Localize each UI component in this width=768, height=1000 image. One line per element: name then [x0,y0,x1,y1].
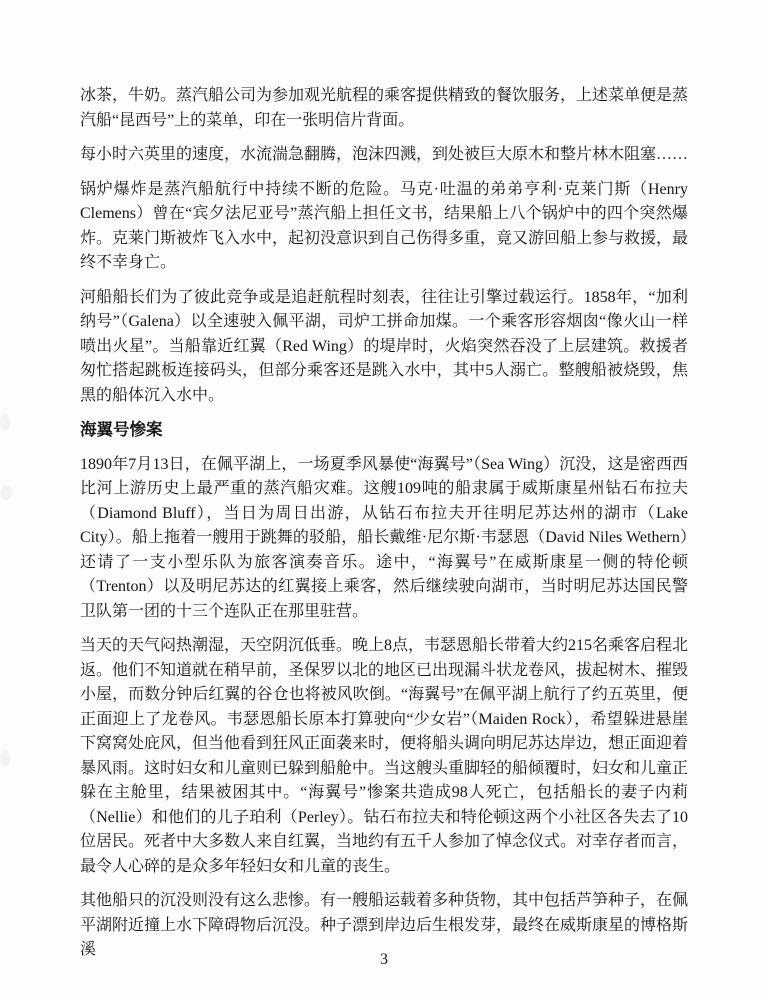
paragraph-galena-fire: 河船船长们为了彼此竞争或是追赶航程时刻表，往往让引擎过载运行。1858年，“加利… [80,286,688,409]
page-body: 冰茶，牛奶。蒸汽船公司为参加观光航程的乘客提供精致的餐饮服务，上述菜单便是蒸汽船… [80,84,688,973]
scan-smudge [0,486,12,500]
paragraph-sea-wing-storm: 当天的天气闷热潮湿，天空阴沉低垂。晚上8点，韦瑟恩船长带着大约215名乘客启程北… [80,634,688,879]
section-heading-sea-wing-disaster: 海翼号惨案 [80,418,688,443]
scan-smudge [0,750,10,766]
paragraph-boiler-explosions: 锅炉爆炸是蒸汽船航行中持续不断的危险。马克·吐温的弟弟亨利·克莱门斯（Henry… [80,178,688,276]
paragraph-sea-wing-voyage: 1890年7月13日，在佩平湖上，一场夏季风暴使“海翼号”（Sea Wing）沉… [80,453,688,625]
document-page: 冰茶，牛奶。蒸汽船公司为参加观光航程的乘客提供精致的餐饮服务，上述菜单便是蒸汽船… [0,0,768,1000]
scan-smudge [0,414,10,430]
paragraph-menu-continuation: 冰茶，牛奶。蒸汽船公司为参加观光航程的乘客提供精致的餐饮服务，上述菜单便是蒸汽船… [80,84,688,133]
page-number: 3 [0,951,768,969]
paragraph-quote-river-speed: 每小时六英里的速度，水流湍急翻腾，泡沫四溅，到处被巨大原木和整片林木阻塞…… [80,143,688,168]
